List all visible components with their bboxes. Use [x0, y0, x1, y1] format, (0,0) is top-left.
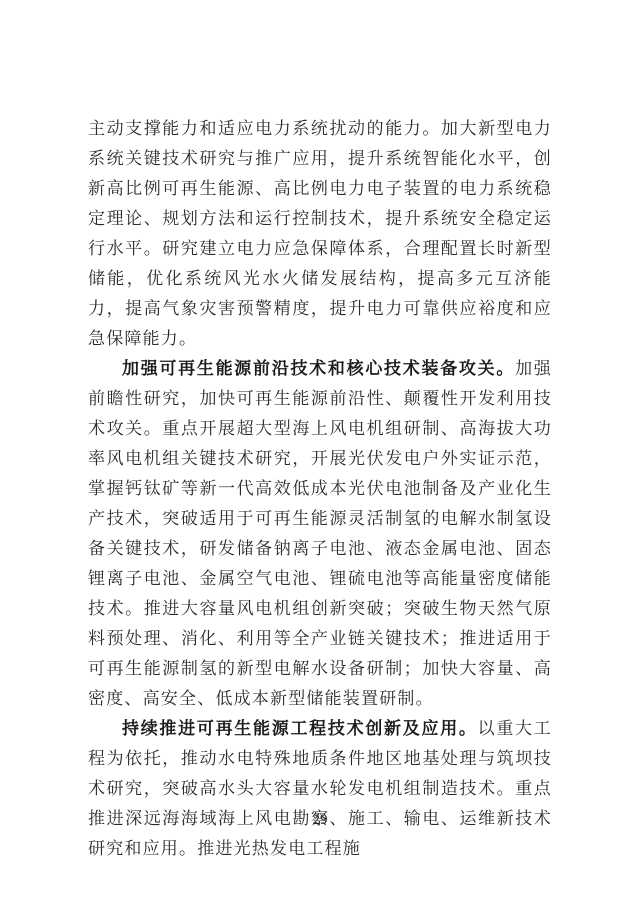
paragraph-frontier-tech: 加强可再生能源前沿技术和核心技术装备攻关。加强前瞻性研究，加快可再生能源前沿性、…: [88, 354, 552, 714]
paragraph-engineering-tech: 持续推进可再生能源工程技术创新及应用。以重大工程为依托，推动水电特殊地质条件地区…: [88, 714, 552, 864]
paragraph-text: 加强前瞻性研究，加快可再生能源前沿性、颠覆性开发利用技术攻关。重点开展超大型海上…: [88, 359, 552, 709]
paragraph-heading: 持续推进可再生能源工程技术创新及应用。: [122, 719, 478, 739]
page-number: 29: [0, 812, 640, 829]
paragraph-heading: 加强可再生能源前沿技术和核心技术装备攻关。: [122, 359, 515, 379]
body-text: 主动支撑能力和适应电力系统扰动的能力。加大新型电力系统关键技术研究与推广应用，提…: [88, 114, 552, 864]
paragraph-text: 主动支撑能力和适应电力系统扰动的能力。加大新型电力系统关键技术研究与推广应用，提…: [88, 119, 552, 349]
paragraph-continuation: 主动支撑能力和适应电力系统扰动的能力。加大新型电力系统关键技术研究与推广应用，提…: [88, 114, 552, 354]
document-page: 主动支撑能力和适应电力系统扰动的能力。加大新型电力系统关键技术研究与推广应用，提…: [0, 0, 640, 905]
paragraph-text: 以重大工程为依托，推动水电特殊地质条件地区地基处理与筑坝技术研究，突破高水头大容…: [88, 719, 552, 859]
